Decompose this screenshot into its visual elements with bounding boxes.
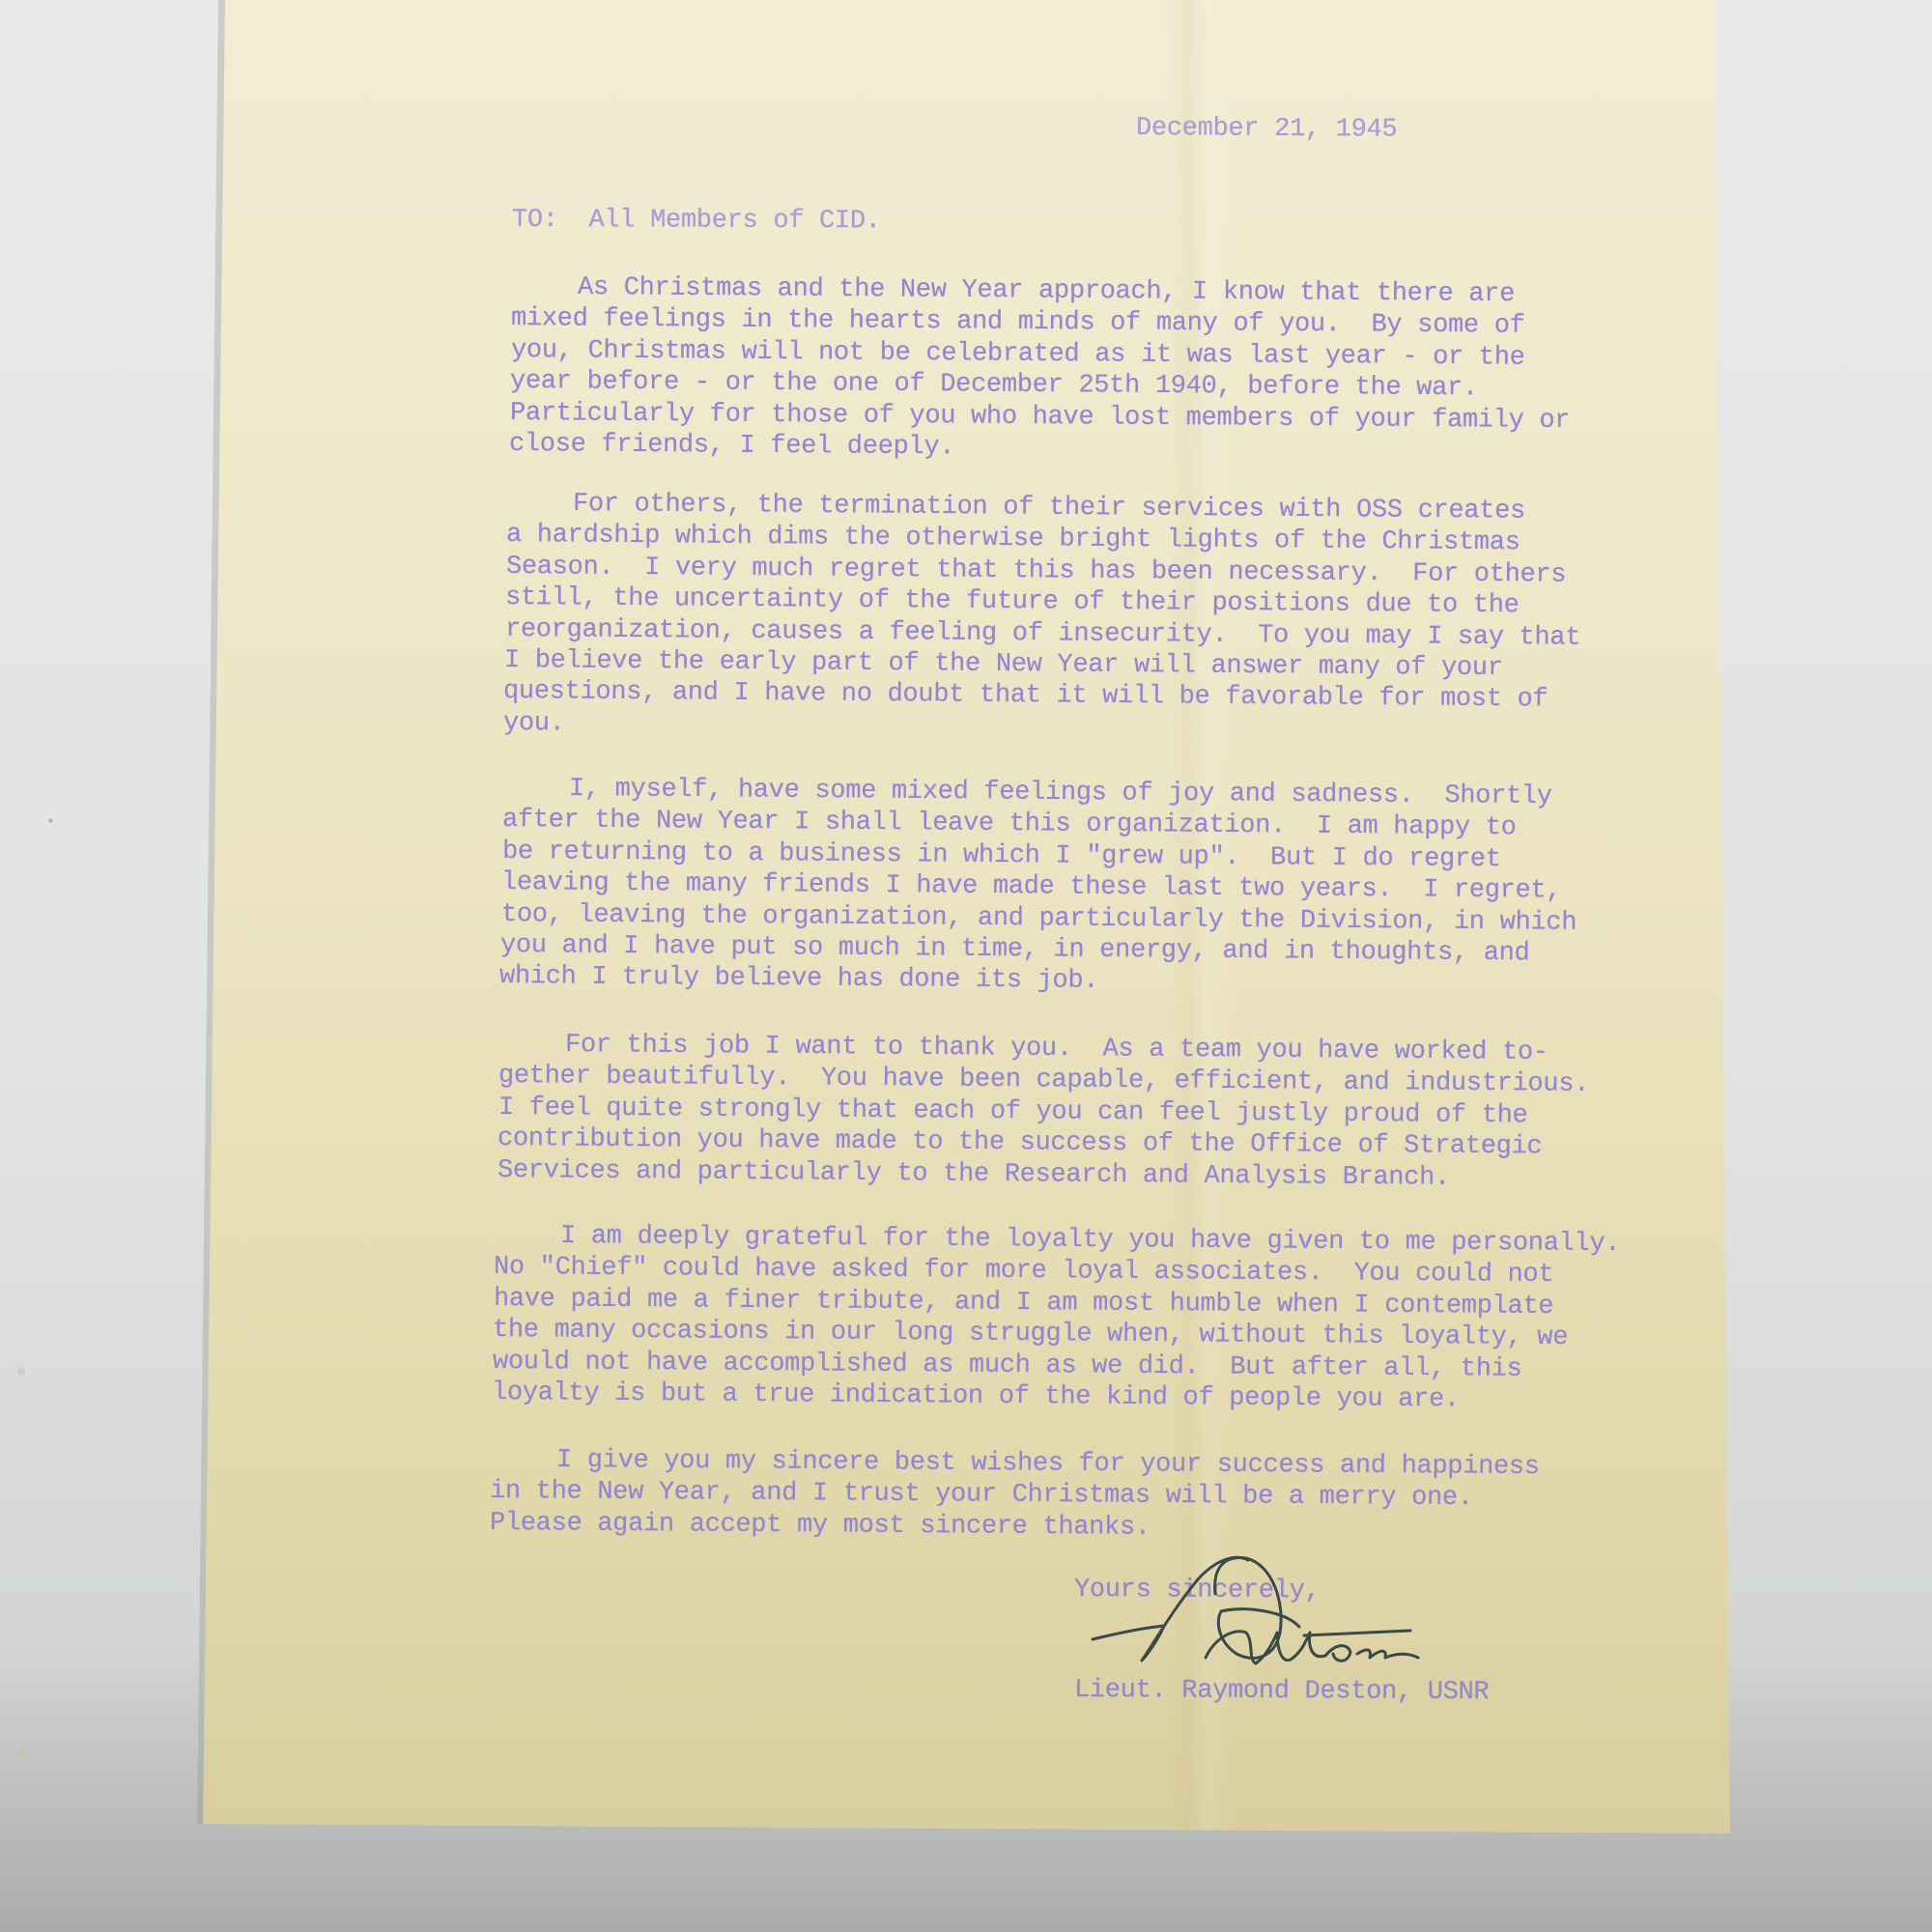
letter-closing: Yours sincerely, — [1074, 1575, 1321, 1606]
letter-date: December 21, 1945 — [1136, 113, 1398, 146]
letter-line: you. — [503, 708, 565, 739]
signatory-name: Lieut. Raymond Deston, USNR — [1074, 1675, 1490, 1708]
paper-speck — [48, 818, 53, 823]
paper-speck — [17, 1367, 25, 1376]
paper-speck — [17, 1748, 25, 1758]
letter-line: which I truly believe has done its job. — [499, 961, 1098, 997]
letter-line: close friends, I feel deeply. — [509, 429, 954, 463]
letter-addressee: TO: All Members of CID. — [512, 205, 881, 237]
letter-line: Please again accept my most sincere than… — [490, 1508, 1151, 1544]
